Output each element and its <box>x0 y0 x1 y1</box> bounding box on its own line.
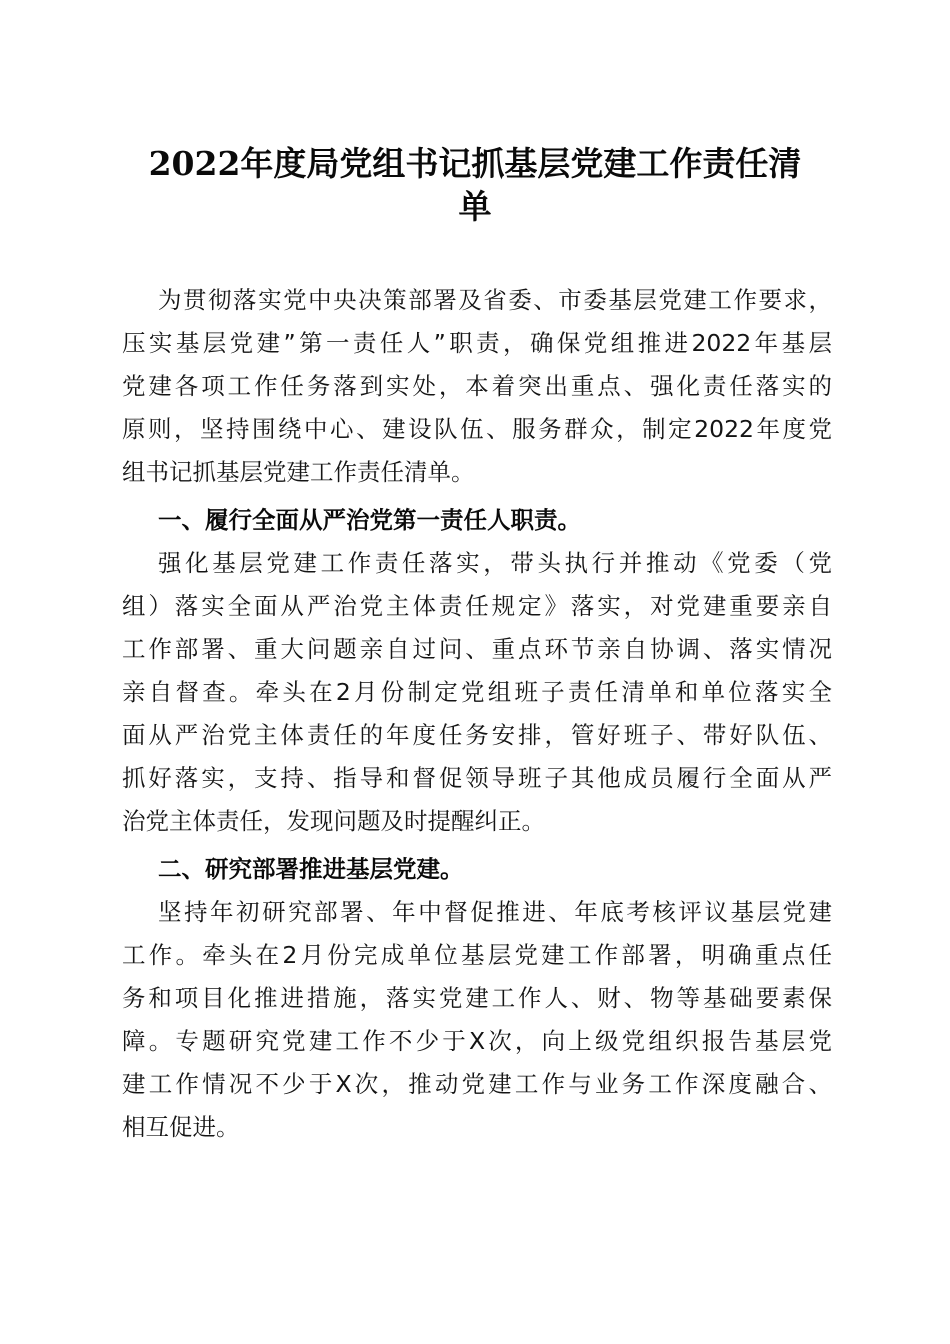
paragraph-line: 抓好落实，支持、指导和督促领导班子其他成员履行全面从严 <box>122 763 832 793</box>
paragraph-line: 原则，坚持围绕中心、建设队伍、服务群众，制定2022年度党 <box>122 414 832 444</box>
paragraph-line: 强化基层党建工作责任落实，带头执行并推动《党委（党 <box>158 548 832 578</box>
paragraph-line: 坚持年初研究部署、年中督促推进、年底考核评议基层党建 <box>158 897 832 927</box>
section-heading: 二、研究部署推进基层党建。 <box>158 854 464 884</box>
document-page: 2022年度局党组书记抓基层党建工作责任清 单 为贯彻落实党中央决策部署及省委、… <box>0 0 950 1344</box>
paragraph-line: 工作。牵头在2月份完成单位基层党建工作部署，明确重点任 <box>122 940 832 970</box>
paragraph-line: 组书记抓基层党建工作责任清单。 <box>122 457 832 487</box>
paragraph-line: 组）落实全面从严治党主体责任规定》落实，对党建重要亲自 <box>122 591 832 621</box>
paragraph-line: 压实基层党建”第一责任人”职责，确保党组推进2022年基层 <box>122 328 832 358</box>
section-heading: 一、履行全面从严治党第一责任人职责。 <box>158 505 581 535</box>
paragraph-line: 工作部署、重大问题亲自过问、重点环节亲自协调、落实情况 <box>122 634 832 664</box>
paragraph-line: 面从严治党主体责任的年度任务安排，管好班子、带好队伍、 <box>122 720 832 750</box>
paragraph-line: 务和项目化推进措施，落实党建工作人、财、物等基础要素保 <box>122 983 832 1013</box>
paragraph-line: 相互促进。 <box>122 1112 832 1142</box>
document-title-line-2: 单 <box>120 183 830 231</box>
paragraph-line: 亲自督查。牵头在2月份制定党组班子责任清单和单位落实全 <box>122 677 832 707</box>
paragraph-line: 为贯彻落实党中央决策部署及省委、市委基层党建工作要求， <box>158 285 832 315</box>
paragraph-line: 障。专题研究党建工作不少于X次，向上级党组织报告基层党 <box>122 1026 832 1056</box>
document-title-line-1: 2022年度局党组书记抓基层党建工作责任清 <box>120 140 830 188</box>
paragraph-line: 治党主体责任，发现问题及时提醒纠正。 <box>122 806 832 836</box>
paragraph-line: 建工作情况不少于X次，推动党建工作与业务工作深度融合、 <box>122 1069 832 1099</box>
paragraph-line: 党建各项工作任务落到实处，本着突出重点、强化责任落实的 <box>122 371 832 401</box>
